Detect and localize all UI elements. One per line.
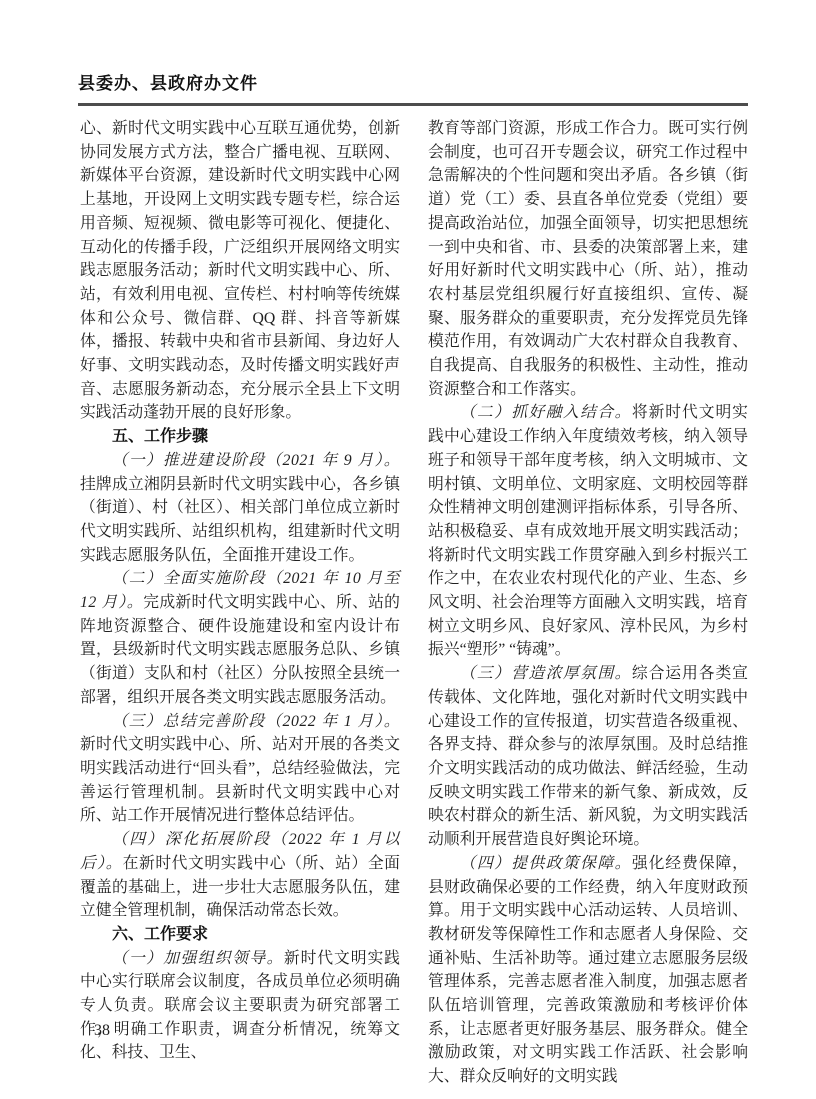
document-header: 县委办、县政府办文件 <box>78 74 748 106</box>
paragraph-lead: （四）提供政策保障。 <box>460 855 632 872</box>
paragraph-lead: （三）营造浓厚氛围。 <box>460 665 632 682</box>
paragraph: （三）营造浓厚氛围。综合运用各类宣传载体、文化阵地，强化对新时代文明实践中心建设… <box>428 662 748 852</box>
section-heading: 五、工作步骤 <box>80 425 400 449</box>
header-rule <box>78 103 748 106</box>
column-right: 教育等部门资源，形成工作合力。既可实行例会制度，也可召开专题会议，研究工作过程中… <box>428 117 748 1089</box>
header-title: 县委办、县政府办文件 <box>78 74 748 94</box>
paragraph: （一）推进建设阶段（2021 年 9 月）。挂牌成立湘阴县新时代文明实践中心，各… <box>80 449 400 568</box>
document-page: 县委办、县政府办文件 心、新时代文明实践中心互联互通优势，创新协同发展方式方法，… <box>0 0 816 1099</box>
page-number: 38 <box>94 1021 110 1041</box>
section-heading: 六、工作要求 <box>80 923 400 947</box>
paragraph-text: 在新时代文明实践中心（所、站）全面覆盖的基础上，进一步壮大志愿服务队伍，建立健全… <box>80 855 400 919</box>
paragraph-lead: （一）加强组织领导。 <box>112 950 284 967</box>
paragraph: （三）总结完善阶段（2022 年 1 月）。新时代文明实践中心、所、站对开展的各… <box>80 710 400 829</box>
paragraph: （一）加强组织领导。新时代文明实践中心实行联席会议制度，各成员单位必须明确专人负… <box>80 947 400 1066</box>
paragraph: 教育等部门资源，形成工作合力。既可实行例会制度，也可召开专题会议，研究工作过程中… <box>428 117 748 401</box>
column-left: 心、新时代文明实践中心互联互通优势，创新协同发展方式方法，整合广播电视、互联网、… <box>80 117 400 1089</box>
paragraph: （二）全面实施阶段（2021 年 10 月至 12 月）。完成新时代文明实践中心… <box>80 567 400 709</box>
paragraph-text: 新时代文明实践中心、所、站对开展的各类文明实践活动进行“回头看”，总结经验做法，… <box>80 736 400 824</box>
paragraph: （四）深化拓展阶段（2022 年 1 月以后）。在新时代文明实践中心（所、站）全… <box>80 828 400 923</box>
paragraph-text: 心、新时代文明实践中心互联互通优势，创新协同发展方式方法，整合广播电视、互联网、… <box>80 120 400 421</box>
paragraph-text: 强化经费保障，县财政确保必要的工作经费，纳入年度财政预算。用于文明实践中心活动运… <box>428 855 748 1085</box>
paragraph: 心、新时代文明实践中心互联互通优势，创新协同发展方式方法，整合广播电视、互联网、… <box>80 117 400 425</box>
text-columns: 心、新时代文明实践中心互联互通优势，创新协同发展方式方法，整合广播电视、互联网、… <box>80 117 748 1089</box>
paragraph-text: 综合运用各类宣传载体、文化阵地，强化对新时代文明实践中心建设工作的宣传报道，切实… <box>428 665 748 848</box>
paragraph: （四）提供政策保障。强化经费保障，县财政确保必要的工作经费，纳入年度财政预算。用… <box>428 852 748 1089</box>
paragraph-text: 将新时代文明实践中心建设工作纳入年度绩效考核，纳入领导班子和领导干部年度考核，纳… <box>428 404 748 658</box>
paragraph: （二）抓好融入结合。将新时代文明实践中心建设工作纳入年度绩效考核，纳入领导班子和… <box>428 401 748 662</box>
paragraph-lead: （二）抓好融入结合。 <box>460 404 632 421</box>
paragraph-text: 挂牌成立湘阴县新时代文明实践中心，各乡镇（街道）、村（社区）、相关部门单位成立新… <box>80 476 400 564</box>
paragraph-lead: （一）推进建设阶段（2021 年 9 月）。 <box>112 452 400 469</box>
paragraph-lead: （三）总结完善阶段（2022 年 1 月）。 <box>112 713 400 730</box>
paragraph-text: 教育等部门资源，形成工作合力。既可实行例会制度，也可召开专题会议，研究工作过程中… <box>428 120 748 398</box>
